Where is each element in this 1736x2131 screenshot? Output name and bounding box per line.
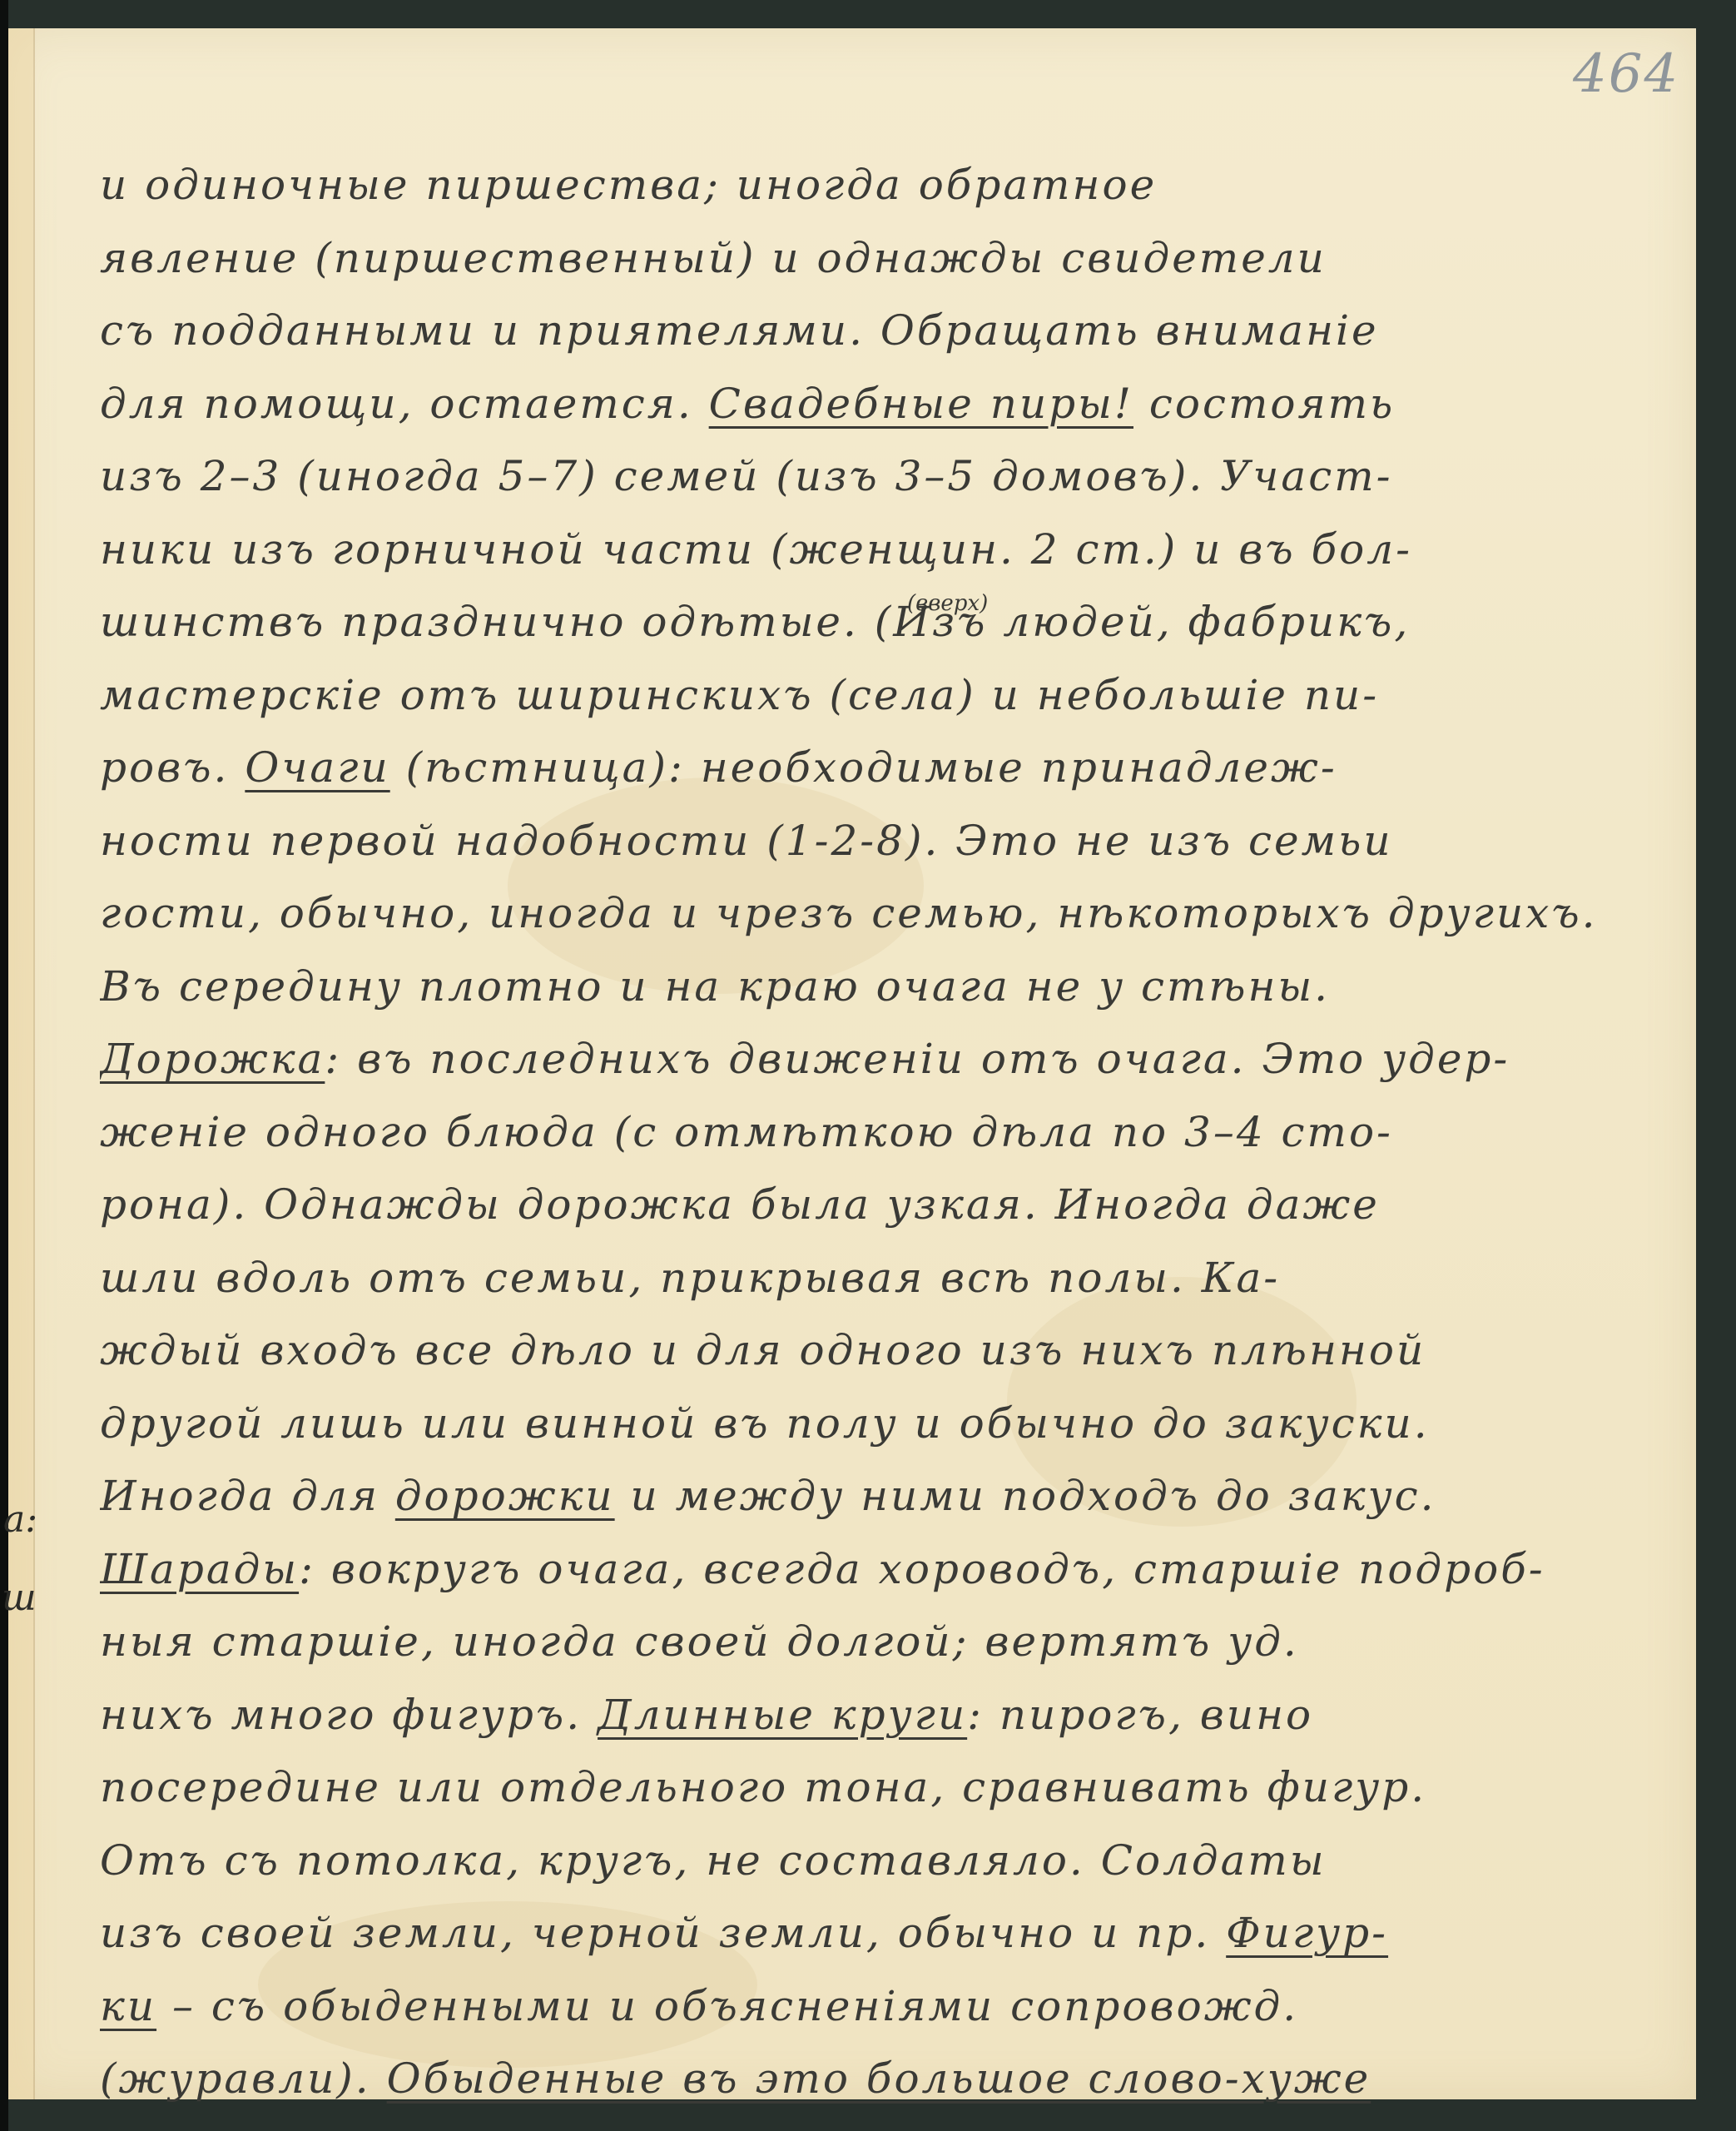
manuscript-line: ждый входъ все дѣло и для одного изъ них… [100, 1314, 1698, 1388]
underlined-heading: дорожки [395, 1472, 615, 1520]
manuscript-line: посередине или отдельного тона, сравнива… [100, 1751, 1698, 1825]
underlined-heading: Свадебные пиры! [709, 380, 1133, 428]
line-text: шинствъ празднично одѣтые. (Изъ людей, ф… [100, 598, 1410, 646]
line-text: ныя старшіе, иногда своей долгой; вертят… [100, 1617, 1299, 1666]
underlined-heading: Длинные круги [598, 1691, 967, 1739]
line-text: состоять [1133, 380, 1395, 428]
manuscript-line: изъ 2–3 (иногда 5–7) семей (изъ 3–5 домо… [100, 440, 1698, 514]
line-text: гости, обычно, иногда и чрезъ семью, нѣк… [100, 889, 1598, 937]
margin-note: а: [3, 1498, 37, 1541]
line-text: нихъ много фигуръ. [100, 1691, 598, 1739]
line-text: изъ 2–3 (иногда 5–7) семей (изъ 3–5 домо… [100, 452, 1393, 500]
manuscript-line: нихъ много фигуръ. Длинные круги: пирогъ… [100, 1679, 1698, 1752]
line-text: – съ обыденными и объясненіями сопровожд… [156, 1982, 1298, 2030]
manuscript-line: Дорожка: въ последнихъ движеніи отъ очаг… [100, 1023, 1698, 1096]
line-text: рона). Однажды дорожка была узкая. Иногд… [100, 1180, 1380, 1229]
line-text: ровъ. [100, 743, 245, 792]
line-text: Въ середину плотно и на краю очага не у … [100, 962, 1330, 1011]
line-text: ждый входъ все дѣло и для одного изъ них… [100, 1326, 1426, 1374]
line-text: (ѣстница): необходимые принадлеж- [390, 743, 1337, 792]
line-text: посередине или отдельного тона, сравнива… [100, 1763, 1426, 1811]
underlined-heading: Очаги [245, 743, 389, 792]
manuscript-line: ности первой надобности (1-2-8). Это не … [100, 805, 1698, 878]
line-text: ники изъ горничной части (женщин. 2 ст.)… [100, 525, 1412, 574]
manuscript-line: и одиночные пиршества; иногда обратное [100, 149, 1698, 222]
manuscript-line: Отъ съ потолка, кругъ, не составляло. Со… [100, 1825, 1698, 1898]
manuscript-line: для помощи, остается. Свадебные пиры! со… [100, 368, 1698, 441]
manuscript-line: другой лишь или винной въ полу и обычно … [100, 1388, 1698, 1461]
margin-note: ш [2, 1577, 37, 1619]
line-text: шли вдоль отъ семьи, прикрывая всѣ полы.… [100, 1254, 1280, 1302]
manuscript-line: шли вдоль отъ семьи, прикрывая всѣ полы.… [100, 1242, 1698, 1315]
line-text: : вокругъ очага, всегда хороводъ, старші… [299, 1545, 1545, 1593]
manuscript-text: и одиночные пиршества; иногда обратноеяв… [100, 149, 1698, 2116]
underlined-heading: ки [100, 1982, 156, 2030]
manuscript-line: явление (пиршественный) и однажды свидет… [100, 222, 1698, 296]
line-text: съ подданными и приятелями. Обращать вни… [100, 306, 1379, 355]
manuscript-line: ныя старшіе, иногда своей долгой; вертят… [100, 1606, 1698, 1679]
binding-strip [8, 28, 33, 2099]
manuscript-line: ровъ. Очаги (ѣстница): необходимые прина… [100, 732, 1698, 805]
manuscript-line: рона). Однажды дорожка была узкая. Иногд… [100, 1169, 1698, 1242]
line-text: Иногда для [100, 1472, 395, 1520]
manuscript-line: женіе одного блюда (с отмѣткою дѣла по 3… [100, 1096, 1698, 1170]
line-text: явление (пиршественный) и однажды свидет… [100, 234, 1327, 282]
manuscript-line: (журавли). Обыденные въ это большое слов… [100, 2043, 1698, 2116]
scan-frame-edge [0, 0, 8, 2131]
line-text: (журавли). [100, 2054, 387, 2103]
line-text: и одиночные пиршества; иногда обратное [100, 161, 1157, 209]
underlined-heading: Фигур- [1226, 1909, 1388, 1957]
manuscript-line: гости, обычно, иногда и чрезъ семью, нѣк… [100, 877, 1698, 951]
manuscript-line: Иногда для дорожки и между ними подходъ … [100, 1460, 1698, 1533]
line-text: женіе одного блюда (с отмѣткою дѣла по 3… [100, 1108, 1393, 1156]
underlined-heading: Обыденные въ это большое слово-хуже [387, 2054, 1371, 2103]
manuscript-line: Въ середину плотно и на краю очага не у … [100, 951, 1698, 1024]
manuscript-line: съ подданными и приятелями. Обращать вни… [100, 295, 1698, 368]
manuscript-line: Шарады: вокругъ очага, всегда хороводъ, … [100, 1533, 1698, 1607]
manuscript-line: ки – съ обыденными и объясненіями сопров… [100, 1970, 1698, 2044]
line-text: : въ последнихъ движеніи отъ очага. Это … [325, 1035, 1510, 1083]
line-text: мастерскіе отъ ширинскихъ (села) и небол… [100, 671, 1379, 719]
folio-number: 464 [1573, 43, 1679, 105]
manuscript-page: 464 а: ш (вверх) и одиночные пиршества; … [8, 28, 1696, 2099]
manuscript-line: мастерскіе отъ ширинскихъ (села) и небол… [100, 659, 1698, 733]
fold-line [33, 28, 35, 2099]
line-text: изъ своей земли, черной земли, обычно и … [100, 1909, 1226, 1957]
line-text: и между ними подходъ до закус. [615, 1472, 1436, 1520]
line-text: ности первой надобности (1-2-8). Это не … [100, 817, 1393, 865]
underlined-heading: Шарады [100, 1545, 299, 1593]
manuscript-line: изъ своей земли, черной земли, обычно и … [100, 1897, 1698, 1970]
manuscript-line: ники изъ горничной части (женщин. 2 ст.)… [100, 514, 1698, 587]
underlined-heading: Дорожка [100, 1035, 325, 1083]
line-text: Отъ съ потолка, кругъ, не составляло. Со… [100, 1836, 1327, 1885]
line-text: : пирогъ, вино [967, 1691, 1313, 1739]
manuscript-line: шинствъ празднично одѣтые. (Изъ людей, ф… [100, 586, 1698, 659]
line-text: другой лишь или винной въ полу и обычно … [100, 1399, 1430, 1448]
line-text: для помощи, остается. [100, 380, 709, 428]
